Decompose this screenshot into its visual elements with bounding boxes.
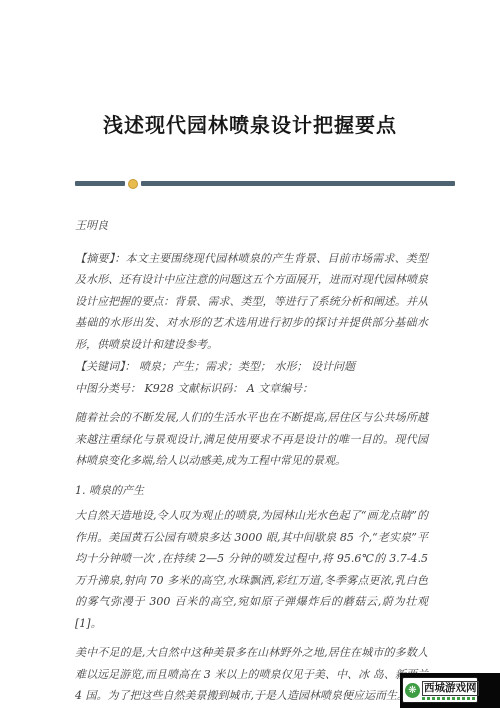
divider-dot-icon — [128, 179, 138, 189]
section-1-paragraph-1: 大自然天造地设,令人叹为观止的喷泉,为园林山光水色起了“画龙点睛”的作用。美国黄… — [75, 505, 428, 634]
divider-bar-right — [141, 181, 455, 186]
article-body: 王明良 【摘要】：本文主要围绕现代园林喷泉的产生背景、目前市场需求、类型及水形、… — [75, 215, 428, 707]
watermark-subtext-decoration — [422, 697, 476, 700]
intro-paragraph: 随着社会的不断发展,人们的生活水平也在不断提高,居住区与公共场所越来越注重绿化与… — [75, 407, 428, 472]
keywords-line: 【关键词】： 喷泉；产生；需求；类型； 水形； 设计问题 — [75, 356, 428, 378]
classification-line: 中图分类号： K928 文献标识码： A 文章编号： — [75, 378, 428, 400]
watermark: ❋ 西城游戏网 — [400, 673, 500, 708]
title-divider — [75, 178, 455, 189]
section-1-heading: 1. 喷泉的产生 — [75, 480, 428, 502]
section-1-paragraph-2: 美中不足的是,大自然中这种美景多在山林野外之地,居住在城市的多数人难以远足游览,… — [75, 642, 428, 707]
divider-bar-left — [75, 181, 125, 186]
abstract-paragraph: 【摘要】：本文主要围绕现代园林喷泉的产生背景、目前市场需求、类型及水形、还有设计… — [75, 248, 428, 356]
document-page: 浅述现代园林喷泉设计把握要点 王明良 【摘要】：本文主要围绕现代园林喷泉的产生背… — [0, 0, 500, 708]
author-name: 王明良 — [75, 215, 428, 237]
watermark-badge-icon: ❋ — [405, 683, 420, 698]
watermark-logo-box: ❋ 西城游戏网 — [402, 677, 478, 703]
watermark-site-name: 西城游戏网 — [422, 681, 479, 696]
article-title: 浅述现代园林喷泉设计把握要点 — [0, 13, 500, 138]
